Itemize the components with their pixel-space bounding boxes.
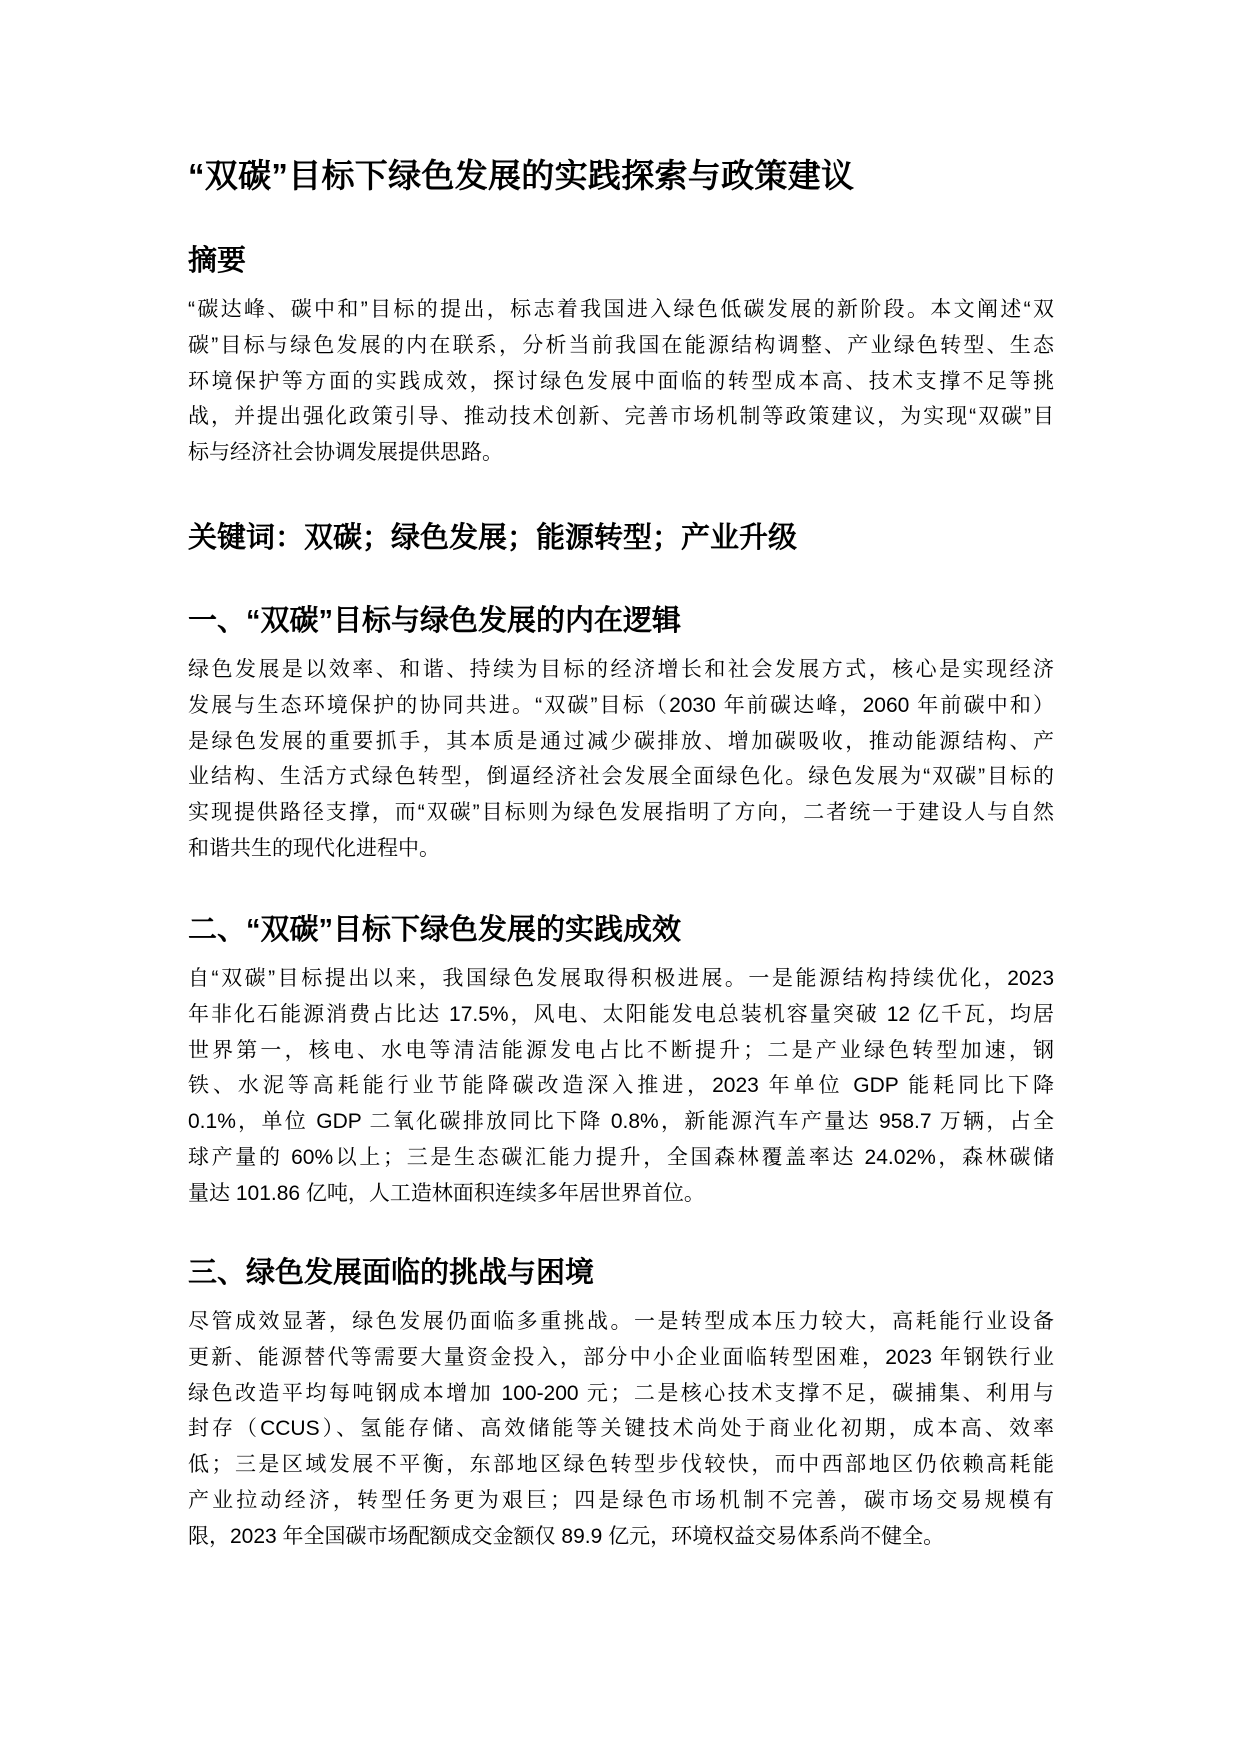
section-3-paragraph: 尽管成效显著，绿色发展仍面临多重挑战。一是转型成本压力较大，高耗能行业设备 更新… — [188, 1304, 1054, 1555]
section-3-line: 更新、能源替代等需要大量资金投入，部分中小企业面临转型困难，2023 年钢铁行业 — [188, 1340, 1054, 1376]
section-2-line: 年非化石能源消费占比达 17.5%，风电、太阳能发电总装机容量突破 12 亿千瓦… — [188, 997, 1054, 1033]
abstract-paragraph: “碳达峰、碳中和”目标的提出，标志着我国进入绿色低碳发展的新阶段。本文阐述“双 … — [188, 292, 1054, 471]
section-1-line: 实现提供路径支撑，而“双碳”目标则为绿色发展指明了方向，二者统一于建设人与自然 — [188, 795, 1054, 831]
section-3-line: 尽管成效显著，绿色发展仍面临多重挑战。一是转型成本压力较大，高耗能行业设备 — [188, 1304, 1054, 1340]
section-1-paragraph: 绿色发展是以效率、和谐、持续为目标的经济增长和社会发展方式，核心是实现经济 发展… — [188, 652, 1054, 867]
section-3-line: 产业拉动经济，转型任务更为艰巨；四是绿色市场机制不完善，碳市场交易规模有 — [188, 1483, 1054, 1519]
section-1-line: 绿色发展是以效率、和谐、持续为目标的经济增长和社会发展方式，核心是实现经济 — [188, 652, 1054, 688]
section-3-heading: 三、绿色发展面临的挑战与困境 — [188, 1250, 594, 1291]
section-1-line: 是绿色发展的重要抓手，其本质是通过减少碳排放、增加碳吸收，推动能源结构、产 — [188, 724, 1054, 760]
abstract-line: 碳”目标与绿色发展的内在联系，分析当前我国在能源结构调整、产业绿色转型、生态 — [188, 328, 1054, 364]
section-2-line: 自“双碳”目标提出以来，我国绿色发展取得积极进展。一是能源结构持续优化，2023 — [188, 961, 1054, 997]
section-3-line: 低；三是区域发展不平衡，东部地区绿色转型步伐较快，而中西部地区仍依赖高耗能 — [188, 1447, 1054, 1483]
abstract-line: 环境保护等方面的实践成效，探讨绿色发展中面临的转型成本高、技术支撑不足等挑 — [188, 364, 1054, 400]
keywords-heading: 关键词：双碳；绿色发展；能源转型；产业升级 — [188, 515, 797, 556]
section-2-line: 世界第一，核电、水电等清洁能源发电占比不断提升；二是产业绿色转型加速，钢 — [188, 1033, 1054, 1069]
abstract-line: 标与经济社会协调发展提供思路。 — [188, 435, 1054, 471]
section-3-line: 绿色改造平均每吨钢成本增加 100-200 元；二是核心技术支撑不足，碳捕集、利… — [188, 1376, 1054, 1412]
section-1-line: 和谐共生的现代化进程中。 — [188, 831, 1054, 867]
section-3-line: 限，2023 年全国碳市场配额成交金额仅 89.9 亿元，环境权益交易体系尚不健… — [188, 1519, 1054, 1555]
section-1-line: 发展与生态环境保护的协同共进。“双碳”目标（2030 年前碳达峰，2060 年前… — [188, 688, 1054, 724]
section-2-heading: 二、“双碳”目标下绿色发展的实践成效 — [188, 907, 681, 948]
document-title: “双碳”目标下绿色发展的实践探索与政策建议 — [188, 150, 854, 197]
section-2-line: 0.1%，单位 GDP 二氧化碳排放同比下降 0.8%，新能源汽车产量达 958… — [188, 1104, 1054, 1140]
section-2-line: 量达 101.86 亿吨，人工造林面积连续多年居世界首位。 — [188, 1176, 1054, 1212]
abstract-line: 战，并提出强化政策引导、推动技术创新、完善市场机制等政策建议，为实现“双碳”目 — [188, 399, 1054, 435]
abstract-heading: 摘要 — [188, 238, 246, 279]
section-2-paragraph: 自“双碳”目标提出以来，我国绿色发展取得积极进展。一是能源结构持续优化，2023… — [188, 961, 1054, 1212]
abstract-line: “碳达峰、碳中和”目标的提出，标志着我国进入绿色低碳发展的新阶段。本文阐述“双 — [188, 292, 1054, 328]
section-2-line: 球产量的 60%以上；三是生态碳汇能力提升，全国森林覆盖率达 24.02%，森林… — [188, 1140, 1054, 1176]
section-1-heading: 一、“双碳”目标与绿色发展的内在逻辑 — [188, 598, 681, 639]
section-1-line: 业结构、生活方式绿色转型，倒逼经济社会发展全面绿色化。绿色发展为“双碳”目标的 — [188, 759, 1054, 795]
section-2-line: 铁、水泥等高耗能行业节能降碳改造深入推进，2023 年单位 GDP 能耗同比下降 — [188, 1068, 1054, 1104]
section-3-line: 封存（CCUS）、氢能存储、高效储能等关键技术尚处于商业化初期，成本高、效率 — [188, 1411, 1054, 1447]
